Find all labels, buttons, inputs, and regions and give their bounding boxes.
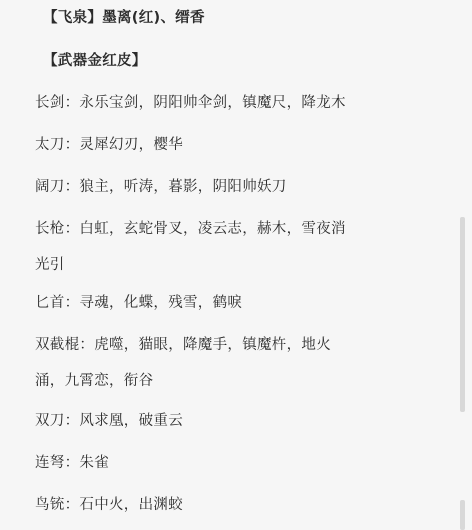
weapon-line-broadsword: 阔刀：狼主，听涛，暮影，阴阳帅妖刀	[35, 175, 287, 199]
weapon-line-katana: 太刀：灵犀幻刃，樱华	[35, 133, 183, 157]
scrollbar-thumb[interactable]	[460, 217, 465, 412]
scrollbar-thumb-secondary[interactable]	[460, 500, 465, 530]
weapon-line-crossbow: 连弩：朱雀	[35, 451, 109, 475]
vertical-scrollbar[interactable]	[460, 0, 465, 530]
section-heading-weapon-skins: 【武器金红皮】	[43, 49, 147, 73]
weapon-line-spear: 长枪：白虹，玄蛇骨叉，凌云志，赫木，雪夜消	[35, 217, 346, 241]
weapon-line-spear-continued: 光引	[35, 253, 65, 277]
article-page: 【飞泉】墨离(红)、缙香 【武器金红皮】 长剑：永乐宝剑，阴阳帅伞剑，镇魔尺，降…	[0, 0, 472, 530]
weapon-line-musket: 鸟铳：石中火，出渊蛟	[35, 493, 183, 517]
weapon-line-dagger: 匕首：寻魂，化蝶，残雪，鹤唳	[35, 291, 242, 315]
section-heading-feiquan: 【飞泉】墨离(红)、缙香	[43, 6, 205, 30]
weapon-line-long-sword: 长剑：永乐宝剑，阴阳帅伞剑，镇魔尺，降龙木	[35, 91, 346, 115]
weapon-line-dual-blades: 双刀：风求凰，破重云	[35, 409, 183, 433]
weapon-line-nunchaku-continued: 涌，九霄恋，衔谷	[35, 369, 153, 393]
weapon-line-nunchaku: 双截棍：虎噬，猫眼，降魔手，镇魔杵，地火	[35, 333, 331, 357]
